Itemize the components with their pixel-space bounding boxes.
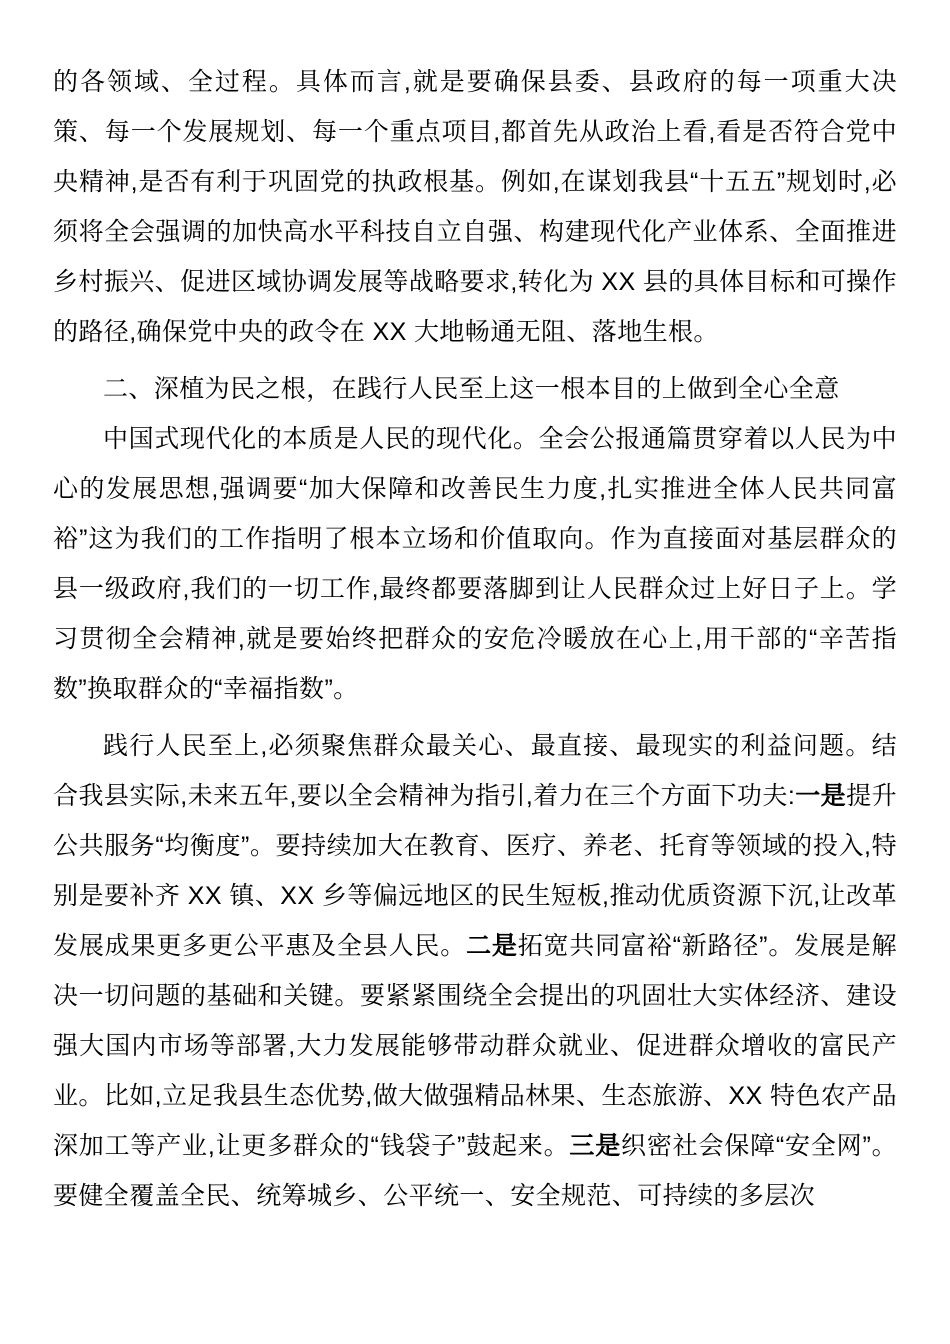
- paragraph: 的各领域、全过程。具体而言,就是要确保县委、县政府的每一项重大决策、每一个发展规…: [53, 57, 897, 357]
- bold-text-run: 一是: [795, 782, 846, 810]
- document-body: 的各领域、全过程。具体而言,就是要确保县委、县政府的每一项重大决策、每一个发展规…: [53, 57, 897, 1221]
- bold-text-run: 三是: [569, 1132, 621, 1160]
- text-run: 践行人民至上,必须聚焦群众最关心、最直接、最现实的利益问题。结合我县实际,未来五…: [53, 732, 897, 810]
- section-heading: 二、深植为民之根，在践行人民至上这一根本目的上做到全心全意: [53, 364, 897, 414]
- bold-text-run: 二是: [466, 932, 518, 960]
- paragraph: 中国式现代化的本质是人民的现代化。全会公报通篇贯穿着以人民为中心的发展思想,强调…: [53, 414, 897, 714]
- text-run: 中国式现代化的本质是人民的现代化。全会公报通篇贯穿着以人民为中心的发展思想,强调…: [53, 425, 897, 703]
- text-run: 的各领域、全过程。具体而言,就是要确保县委、县政府的每一项重大决策、每一个发展规…: [53, 68, 897, 346]
- text-run: 二、深植为民之根，在践行人民至上这一根本目的上做到全心全意: [103, 375, 840, 403]
- document-page: 的各领域、全过程。具体而言,就是要确保县委、县政府的每一项重大决策、每一个发展规…: [0, 0, 950, 1344]
- text-run: 拓宽共同富裕“新路径”。发展是解决一切问题的基础和关键。要紧紧围绕全会提出的巩固…: [53, 932, 897, 1160]
- paragraph: 践行人民至上,必须聚焦群众最关心、最直接、最现实的利益问题。结合我县实际,未来五…: [53, 721, 897, 1221]
